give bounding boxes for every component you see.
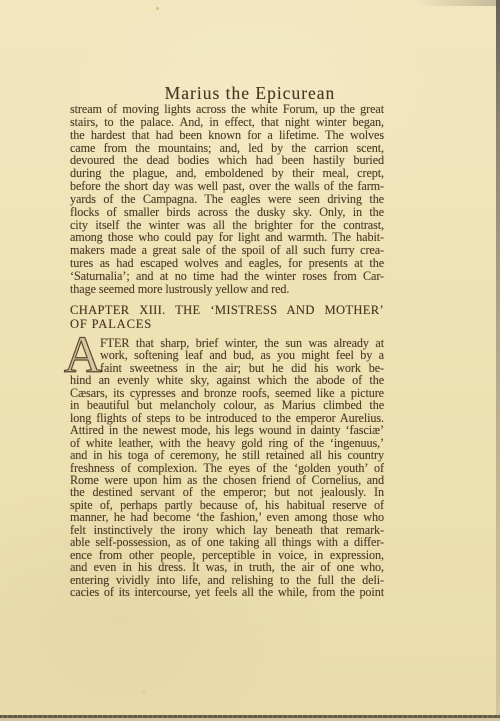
drop-cap-initial: A bbox=[64, 338, 97, 374]
text-line: before the short day was well past, over… bbox=[70, 180, 384, 193]
scan-shadow-right-edge bbox=[496, 0, 500, 721]
scan-shadow-top-right bbox=[415, 0, 500, 6]
paragraph-continuation: stream of moving lights across the white… bbox=[70, 103, 384, 296]
running-title: Marius the Epicurean bbox=[0, 83, 500, 103]
text-line: and even in his dress. It was, in truth,… bbox=[70, 561, 384, 573]
text-line: stream of moving lights across the white… bbox=[70, 103, 384, 116]
text-line: cacies of its intercourse, yet feels all… bbox=[70, 586, 384, 598]
chapter-heading-line1: CHAPTER XIII. THE ‘MISTRESS AND MOTHER’ bbox=[70, 304, 384, 318]
text-line: in beautiful but melancholy colour, as M… bbox=[70, 399, 384, 411]
text-line: and in his toga of ceremony, he still re… bbox=[70, 449, 384, 461]
chapter-heading-line2: OF PALACES bbox=[70, 318, 384, 332]
text-line: ‘Saturnalia’; and at no time had the win… bbox=[70, 270, 384, 283]
text-line: manner, he had become ‘the fashion,’ eve… bbox=[70, 511, 384, 523]
paper-speck bbox=[156, 7, 159, 10]
text-line: stairs, to the palace. And, in effect, t… bbox=[70, 116, 384, 129]
text-line: Attired in the newest mode, his legs wou… bbox=[70, 424, 384, 436]
text-line: the hardest that had been known for a li… bbox=[70, 129, 384, 142]
text-line: hind an evenly white sky, against which … bbox=[70, 374, 384, 386]
text-line: thage seemed more lustrously yellow and … bbox=[70, 283, 384, 296]
paper-speck bbox=[141, 691, 146, 694]
chapter-opening-paragraph: A FTER that sharp, brief winter, the sun… bbox=[70, 337, 384, 599]
book-page-scan: Marius the Epicurean stream of moving li… bbox=[0, 0, 500, 721]
chapter-heading: CHAPTER XIII. THE ‘MISTRESS AND MOTHER’ … bbox=[70, 304, 384, 331]
text-line: yards of the Campagna. The eagles were s… bbox=[70, 193, 384, 206]
text-line: flocks of smaller birds across the dusky… bbox=[70, 206, 384, 219]
text-line: able self-possession, as of one taking a… bbox=[70, 536, 384, 548]
